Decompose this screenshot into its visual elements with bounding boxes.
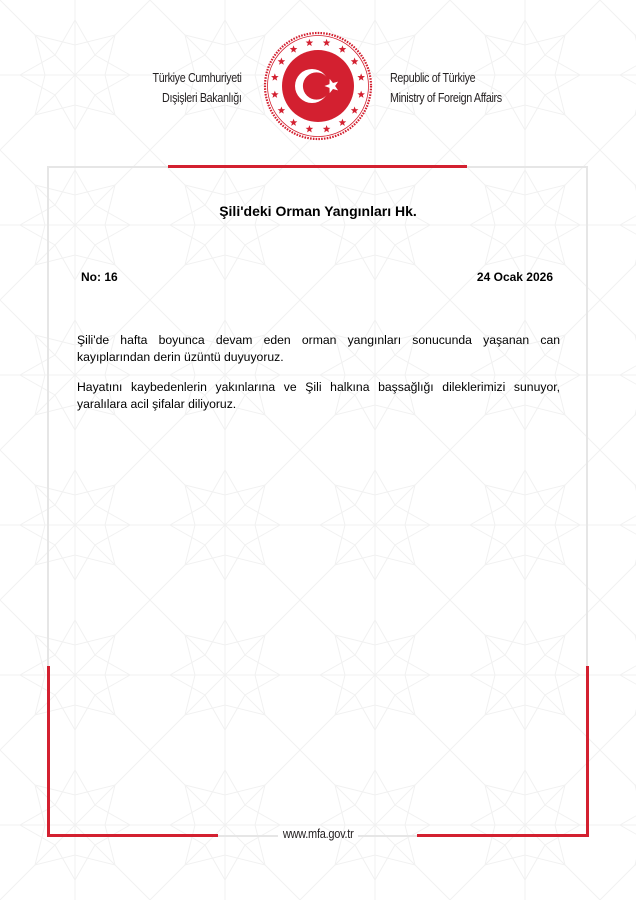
document-number: No: 16 [81,270,118,284]
document-date: 24 Ocak 2026 [477,270,553,284]
frame-left-border [47,166,49,666]
ministry-name-turkish-line-1: Türkiye Cumhuriyeti [153,68,242,88]
footer-website-link[interactable]: www.mfa.gov.tr [0,827,636,841]
body-paragraph: Şili'de hafta boyunca devam eden orman y… [77,332,560,366]
document-title: Şili'deki Orman Yangınları Hk. [0,203,636,219]
ministry-name-english-line-2: Ministry of Foreign Affairs [390,88,502,108]
ministry-name-turkish-line-2: Dışişleri Bakanlığı [153,88,242,108]
frame-right-border [586,166,588,666]
ministry-name-english: Republic of Türkiye Ministry of Foreign … [390,68,502,108]
mfa-emblem-icon [262,30,374,142]
frame-right-accent [586,666,589,837]
frame-top-accent [168,165,467,168]
footer-website-text: www.mfa.gov.tr [283,827,354,841]
ministry-name-english-line-1: Republic of Türkiye [390,68,502,88]
ministry-name-turkish: Türkiye Cumhuriyeti Dışişleri Bakanlığı [153,68,242,108]
frame-left-accent [47,666,50,837]
body-paragraph: Hayatını kaybedenlerin yakınlarına ve Şi… [77,379,560,413]
